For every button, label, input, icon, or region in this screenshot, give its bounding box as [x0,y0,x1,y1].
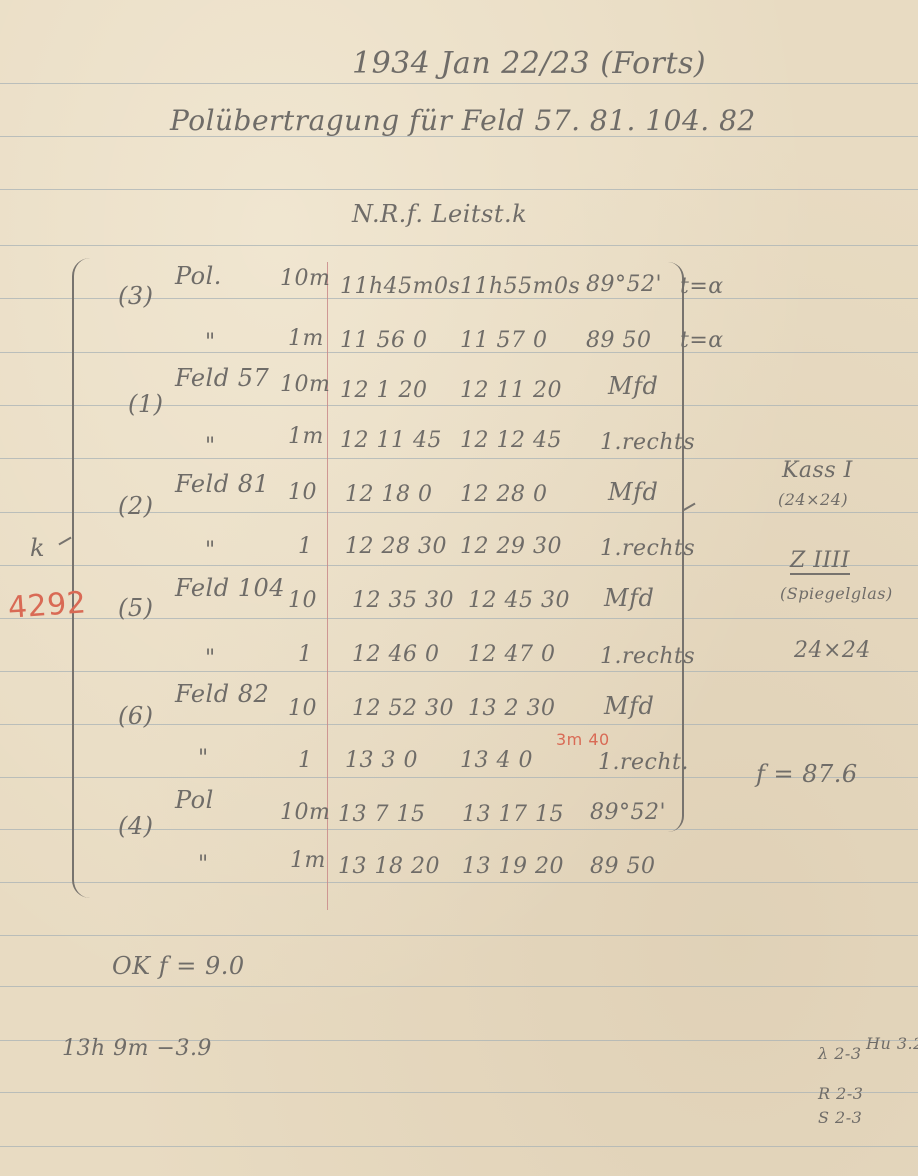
ruled-line [0,882,918,883]
row-object: " [198,852,209,877]
row-index: (1) [128,390,164,418]
title-month: Jan [440,46,491,81]
row-object: Feld 57 [175,364,269,392]
row-index: (3) [118,282,154,310]
row-start: 12 18 0 [345,482,432,507]
row-note: 1.recht. [598,750,689,775]
row-exposure: 1 [298,534,313,559]
seeing-line: S 2-3 [818,1108,862,1127]
row-end: 12 11 20 [460,378,562,403]
ruled-line [0,189,918,190]
seeing-line: λ 2-3 [818,1044,862,1063]
row-start: 13 3 0 [345,748,418,773]
row-end: 13 19 20 [462,854,564,879]
row-exposure: 1 [298,748,313,773]
row-object: " [205,646,216,671]
plate-size: 24×24 [794,638,871,663]
margin-letter-k: k [30,534,45,562]
row-end: 13 4 0 [460,748,533,773]
title-days: 22/23 [501,46,590,81]
ruled-line [0,935,918,936]
plate-type: (Spiegelglas) [780,584,893,603]
row-start: 12 11 45 [340,428,442,453]
ok-focus: OK f = 9.0 [112,952,245,980]
row-value: 89°52' [586,272,662,297]
ruled-line [0,83,918,84]
notebook-page: { "header": { "title_line": "1934 Jan 22… [0,0,918,1176]
row-start: 12 28 30 [345,534,447,559]
row-object: Feld 81 [175,470,269,498]
row-exposure: 10m [280,372,330,397]
row-exposure: 1m [288,424,324,449]
ruled-line [0,458,918,459]
row-exposure: 1m [290,848,326,873]
row-object: Feld 104 [175,574,285,602]
row-value: 89 50 [586,328,651,353]
row-note: 1.rechts [600,644,695,669]
row-exposure: 1m [288,326,324,351]
row-end: 13 2 30 [468,696,555,721]
row-end: 12 28 0 [460,482,547,507]
ruled-line [0,352,918,353]
row-index: (5) [118,594,154,622]
ruled-line [0,1092,918,1093]
row-exposure: 10 [288,588,317,613]
row-exposure: 10m [280,800,330,825]
red-margin-number: 4292 [7,585,88,625]
row-end: 11 57 0 [460,328,547,353]
row-start: 12 52 30 [352,696,454,721]
ruled-line [0,671,918,672]
ruled-line [0,565,918,566]
row-note: Mfd [608,478,658,506]
row-start: 13 18 20 [338,854,440,879]
row-object: Feld 82 [175,680,269,708]
row-end: 12 12 45 [460,428,562,453]
column-heading: N.R.f. Leitst.k [352,200,527,228]
plate-label: Z IIII [790,548,850,575]
row-note: t=α [680,328,724,353]
left-brace-tip [58,537,71,546]
ruled-line [0,245,918,246]
cassette-label: Kass I [782,458,853,483]
time-note: 13h 9m −3.9 [62,1036,212,1061]
row-start: 11 56 0 [340,328,427,353]
row-value: 89°52' [590,800,666,825]
row-note: 1.rechts [600,536,695,561]
row-index: (4) [118,812,154,840]
row-end: 12 45 30 [468,588,570,613]
row-start: 11h45m0s [340,274,460,299]
row-start: 12 46 0 [352,642,439,667]
row-end: 11h55m0s [460,274,580,299]
row-end: 12 29 30 [460,534,562,559]
row-note: 1.rechts [600,430,695,455]
row-note: Mfd [608,372,658,400]
ruled-line [0,1146,918,1147]
seeing-line: R 2-3 [818,1084,863,1103]
row-exposure: 1 [298,642,313,667]
row-object: Pol. [175,262,222,290]
title-note: (Forts) [600,46,706,81]
seeing-side-note: Hu 3.2 [866,1034,918,1053]
title-year: 1934 [352,46,430,81]
cassette-size: (24×24) [778,490,848,509]
row-start: 12 35 30 [352,588,454,613]
row-object: " [205,538,216,563]
right-brace-tip [682,503,695,512]
row-value: 89 50 [590,854,655,879]
row-object: " [205,330,216,355]
row-note: Mfd [604,692,654,720]
row-end: 12 47 0 [468,642,555,667]
row-exposure: 10m [280,266,330,291]
row-index: (6) [118,702,154,730]
left-brace [72,258,98,898]
row-object: " [205,434,216,459]
row-note: Mfd [604,584,654,612]
row-exposure: 10 [288,480,317,505]
focus-value: f = 87.6 [756,760,858,788]
row-index: (2) [118,492,154,520]
page-subtitle: Polübertragung für Feld 57. 81. 104. 82 [170,104,756,137]
ruled-line [0,986,918,987]
row-exposure: 10 [288,696,317,721]
red-correction: 3m 40 [556,730,610,749]
row-object: " [198,746,209,771]
row-start: 12 1 20 [340,378,427,403]
row-object: Pol [175,786,214,814]
row-start: 13 7 15 [338,802,425,827]
row-note: t=α [680,274,724,299]
row-end: 13 17 15 [462,802,564,827]
page-title: 1934 Jan 22/23 (Forts) [352,46,706,81]
